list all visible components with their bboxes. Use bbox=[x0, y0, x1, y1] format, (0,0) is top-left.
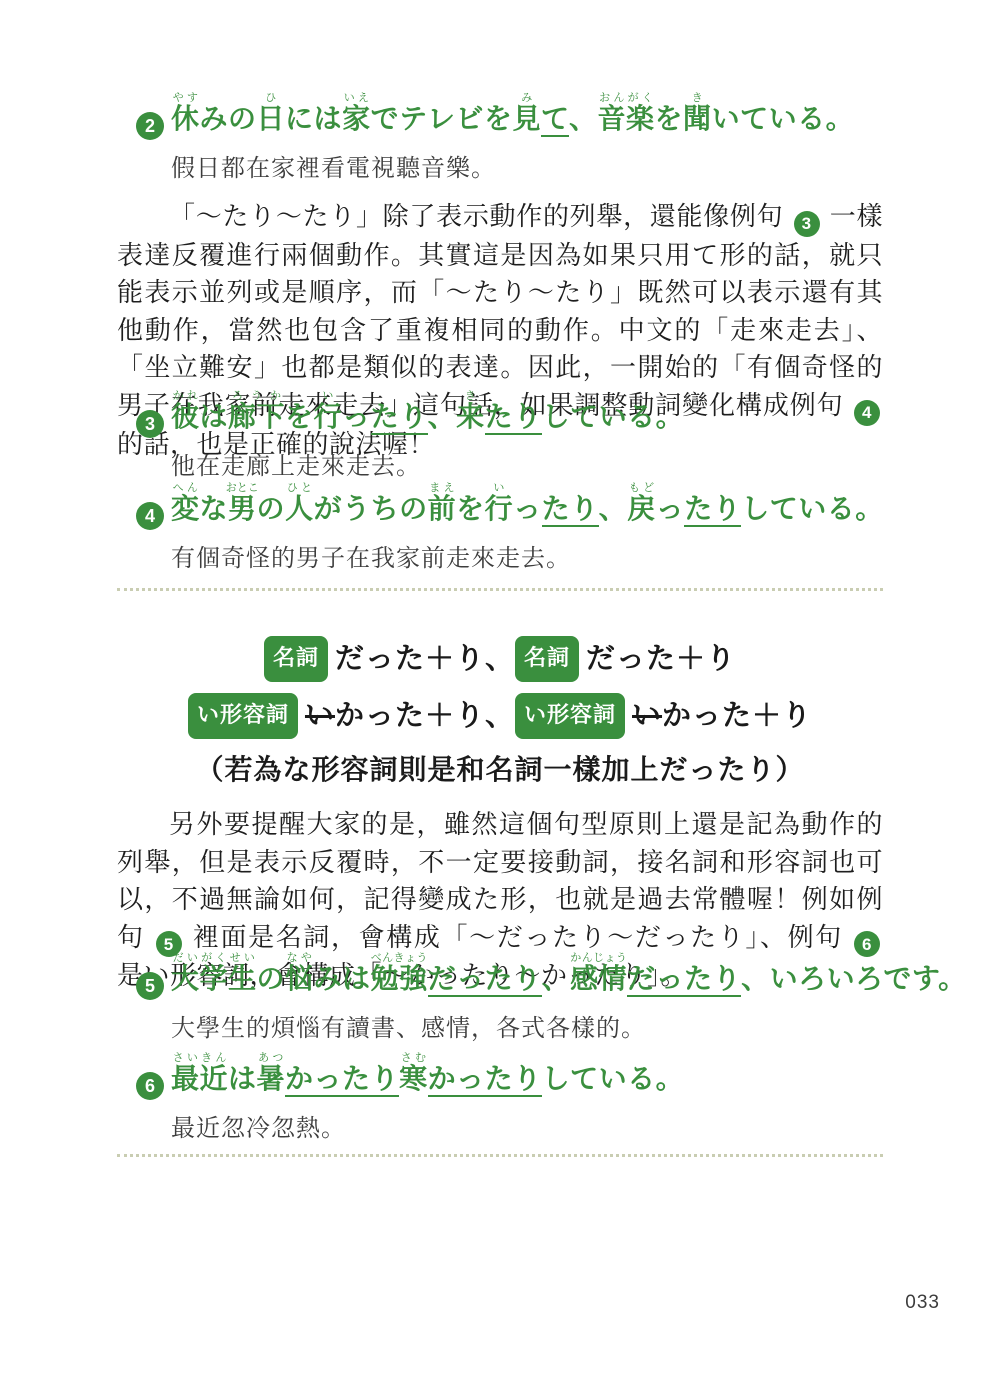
ruby-word: 来き bbox=[456, 401, 485, 432]
pattern-line-noun: 名詞だった＋り、名詞だった＋り bbox=[117, 636, 883, 682]
ruby-word: 音楽おんがく bbox=[598, 103, 655, 134]
example-item-4: 4 変へんな男おとこの人ひとがうちの前まえを行いったり、戻もどったりしている。 … bbox=[136, 482, 884, 573]
text-segment: 、いろいろです。 bbox=[741, 963, 966, 994]
page-number: 033 bbox=[905, 1292, 940, 1314]
ruby-word: 休やす bbox=[171, 103, 200, 134]
example-item-3: 3 彼かれは廊下ろうかを行いったり、来きたりしている。 他在走廊上走來走去。 bbox=[136, 390, 684, 481]
text-segment: を bbox=[655, 103, 684, 134]
text-segment: っ bbox=[656, 493, 685, 524]
text-segment: を bbox=[285, 401, 314, 432]
text-segment: いている。 bbox=[712, 103, 855, 134]
text-segment: でテレビを bbox=[371, 103, 513, 134]
text-segment: っ bbox=[342, 401, 371, 432]
ruby-word: 戻もど bbox=[627, 493, 656, 524]
text-segment: かった＋り、 bbox=[335, 700, 515, 732]
ruby-word: 暑あつ bbox=[257, 1063, 286, 1094]
example-number-badge: 2 bbox=[136, 112, 164, 140]
text-segment: だったり bbox=[627, 963, 741, 997]
pos-badge: い形容詞 bbox=[515, 693, 625, 739]
example-ref-badge: 3 bbox=[794, 211, 820, 237]
text-segment: だった＋り、 bbox=[335, 643, 515, 675]
text-segment: の bbox=[257, 493, 286, 524]
ruby-word: 廊下ろうか bbox=[228, 401, 285, 432]
ruby-word: 大学生だいがくせい bbox=[171, 963, 257, 994]
japanese-sentence: 大学生だいがくせいの悩なやみは勉強べんきょうだったり、感情かんじょうだったり、い… bbox=[171, 952, 967, 1003]
japanese-sentence: 最近さいきんは暑あつかったり寒さむかったりしている。 bbox=[171, 1052, 684, 1103]
ruby-word: 人ひと bbox=[285, 493, 314, 524]
text-segment: （若為な形容詞則是和名詞一樣加上だったり） bbox=[195, 754, 804, 785]
ruby-word: 男おとこ bbox=[228, 493, 257, 524]
pattern-line-i-adjective: い形容詞いかった＋り、い形容詞いかった＋り bbox=[117, 693, 883, 739]
text-segment: を bbox=[456, 493, 485, 524]
text-segment: い bbox=[632, 700, 662, 732]
chinese-translation: 大學生的煩惱有讀書、感情，各式各樣的。 bbox=[171, 1008, 967, 1043]
ruby-word: 家いえ bbox=[342, 103, 371, 134]
text-segment: たり bbox=[371, 401, 428, 435]
text-segment: かったり bbox=[285, 1063, 399, 1097]
pos-badge: 名詞 bbox=[264, 636, 328, 682]
text-segment: かった＋り bbox=[662, 700, 812, 732]
text-segment: 「〜たり〜たり」除了表示動作的列舉，還能像例句 bbox=[169, 202, 791, 231]
ruby-word: 寒さむ bbox=[399, 1063, 428, 1094]
ruby-word: 勉強べんきょう bbox=[371, 963, 428, 994]
pattern-line-note: （若為な形容詞則是和名詞一樣加上だったり） bbox=[117, 750, 883, 790]
ruby-word: 変へん bbox=[171, 493, 200, 524]
text-segment: て bbox=[541, 103, 569, 137]
ruby-word: 聞き bbox=[683, 103, 712, 134]
text-segment: い bbox=[305, 700, 335, 732]
text-segment: は bbox=[228, 1063, 257, 1094]
text-segment: 裡面是名詞，會構成「〜だったり〜だったり」、例句 bbox=[185, 923, 851, 952]
chinese-translation: 最近忽冷忽熱。 bbox=[171, 1108, 684, 1143]
example-item-5: 5 大学生だいがくせいの悩なやみは勉強べんきょうだったり、感情かんじょうだったり… bbox=[136, 952, 967, 1043]
text-segment: 一樣表達反覆進行兩個動作。其實這是因為如果只用て形的話，就只能表示並列或是順序，… bbox=[117, 202, 883, 420]
text-segment: だった＋り bbox=[586, 643, 736, 675]
chinese-translation: 假日都在家裡看電視聽音樂。 bbox=[171, 148, 854, 183]
text-segment: している。 bbox=[542, 1063, 685, 1094]
ruby-word: 日ひ bbox=[257, 103, 286, 134]
text-segment: たり bbox=[485, 401, 542, 435]
ruby-word: 前まえ bbox=[428, 493, 457, 524]
text-segment: 、 bbox=[599, 493, 628, 524]
text-segment: みの bbox=[200, 103, 257, 134]
example-ref-badge: 4 bbox=[854, 400, 880, 426]
example-number-badge: 3 bbox=[136, 410, 164, 438]
text-segment: っ bbox=[513, 493, 542, 524]
text-segment: みは bbox=[314, 963, 371, 994]
textbook-page: 2 休やすみの日ひには家いえでテレビを見みて、音楽おんがくを聞きいている。 假日… bbox=[0, 0, 1000, 1377]
japanese-sentence: 彼かれは廊下ろうかを行いったり、来きたりしている。 bbox=[171, 390, 684, 441]
japanese-sentence: 休やすみの日ひには家いえでテレビを見みて、音楽おんがくを聞きいている。 bbox=[171, 92, 854, 143]
example-item-6: 6 最近さいきんは暑あつかったり寒さむかったりしている。 最近忽冷忽熱。 bbox=[136, 1052, 684, 1143]
chinese-translation: 有個奇怪的男子在我家前走來走去。 bbox=[171, 538, 884, 573]
pos-badge: 名詞 bbox=[515, 636, 579, 682]
text-segment: している。 bbox=[542, 401, 685, 432]
text-segment: している。 bbox=[741, 493, 884, 524]
ruby-word: 彼かれ bbox=[171, 401, 200, 432]
example-number-badge: 5 bbox=[136, 972, 164, 1000]
text-segment: かったり bbox=[428, 1063, 542, 1097]
text-segment: な bbox=[200, 493, 229, 524]
ruby-word: 悩なや bbox=[285, 963, 314, 994]
ruby-word: 行い bbox=[485, 493, 514, 524]
chinese-translation: 他在走廊上走來走去。 bbox=[171, 446, 684, 481]
text-segment: たり bbox=[684, 493, 741, 527]
example-number-badge: 6 bbox=[136, 1072, 164, 1100]
japanese-sentence: 変へんな男おとこの人ひとがうちの前まえを行いったり、戻もどったりしている。 bbox=[171, 482, 884, 533]
text-segment: 、 bbox=[569, 103, 598, 134]
example-item-2: 2 休やすみの日ひには家いえでテレビを見みて、音楽おんがくを聞きいている。 假日… bbox=[136, 92, 854, 183]
text-segment: の bbox=[257, 963, 286, 994]
dotted-divider bbox=[117, 1154, 883, 1157]
example-number-badge: 4 bbox=[136, 502, 164, 530]
dotted-divider bbox=[117, 588, 883, 591]
text-segment: だったり bbox=[428, 963, 542, 997]
text-segment: には bbox=[285, 103, 342, 134]
text-segment: がうちの bbox=[314, 493, 428, 524]
ruby-word: 最近さいきん bbox=[171, 1063, 228, 1094]
text-segment: は bbox=[200, 401, 229, 432]
text-segment: たり bbox=[542, 493, 599, 527]
ruby-word: 感情かんじょう bbox=[570, 963, 627, 994]
text-segment: 、 bbox=[542, 963, 571, 994]
ruby-word: 見み bbox=[513, 103, 542, 134]
text-segment: 、 bbox=[428, 401, 457, 432]
pos-badge: い形容詞 bbox=[188, 693, 298, 739]
grammar-pattern-block: 名詞だった＋り、名詞だった＋り い形容詞いかった＋り、い形容詞いかった＋り （若… bbox=[117, 636, 883, 801]
ruby-word: 行い bbox=[314, 401, 343, 432]
